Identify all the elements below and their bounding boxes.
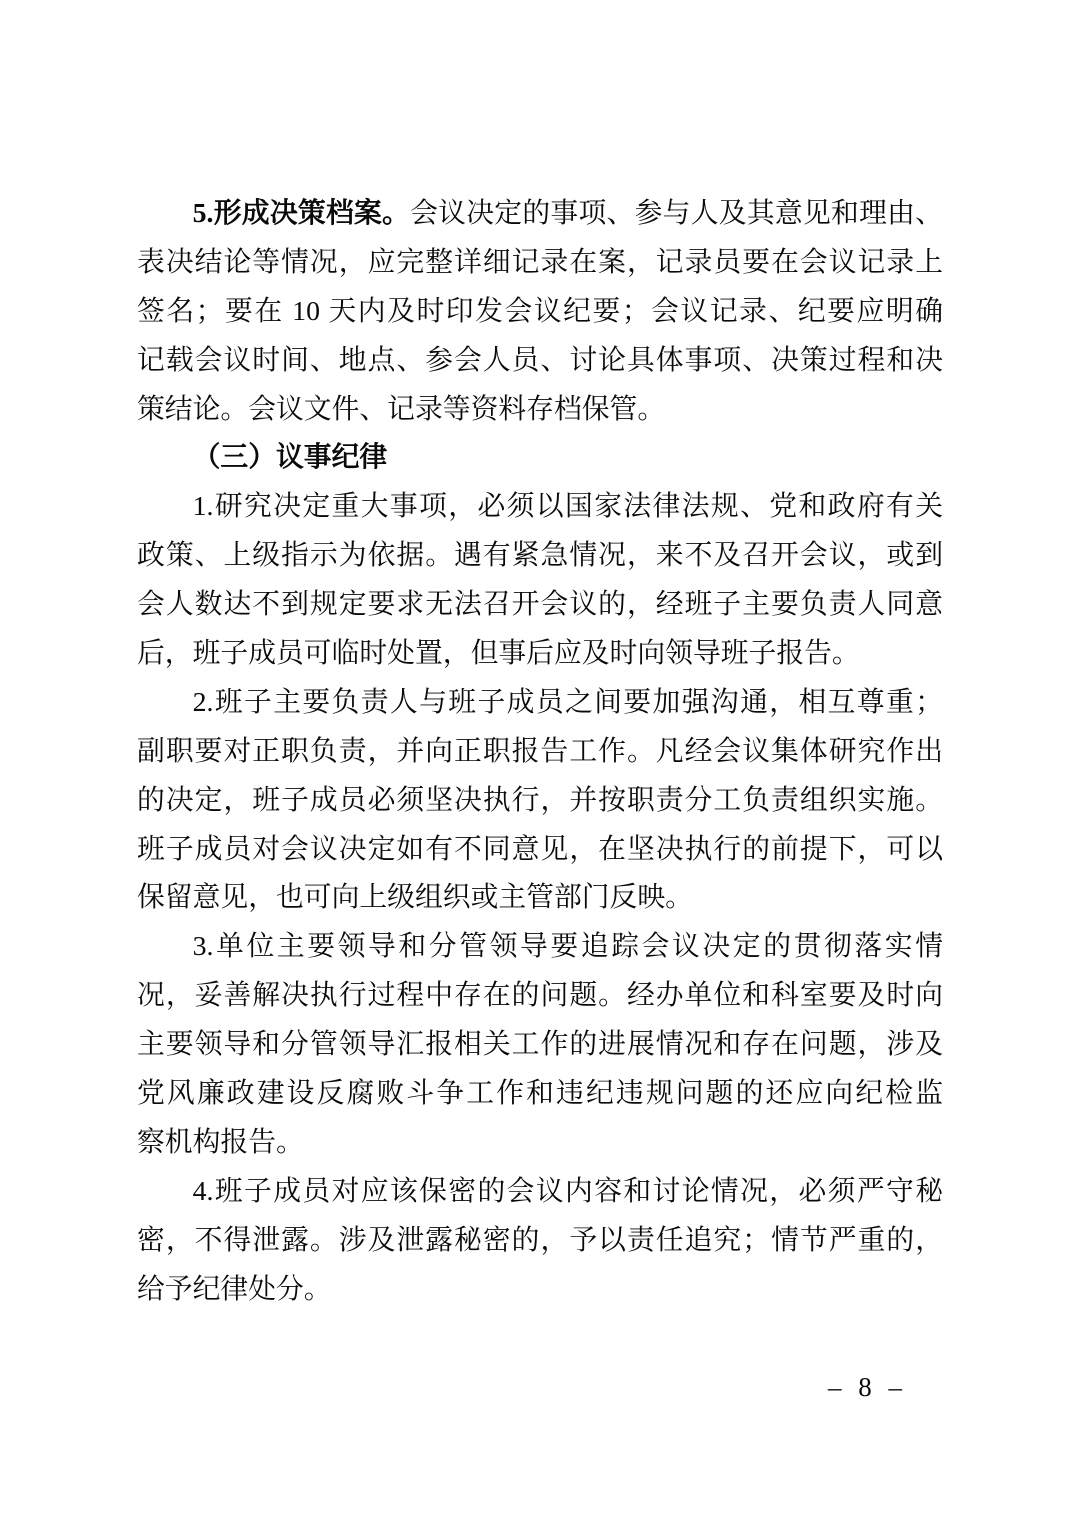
text-line: 记载会议时间、地点、参会人员、讨论具体事项、决策过程和决	[137, 337, 943, 386]
text-line: 给予纪律处分。	[137, 1266, 943, 1315]
text-line: 后，班子成员可临时处置，但事后应及时向领导班子报告。	[137, 630, 943, 679]
text-line: 签名；要在 10 天内及时印发会议纪要；会议记录、纪要应明确	[137, 288, 943, 337]
text-line: 主要领导和分管领导汇报相关工作的进展情况和存在问题，涉及	[137, 1021, 943, 1070]
text-line: 保留意见，也可向上级组织或主管部门反映。	[137, 874, 943, 923]
text-line: 政策、上级指示为依据。遇有紧急情况，来不及召开会议，或到	[137, 532, 943, 581]
text-line: 班子成员对会议决定如有不同意见，在坚决执行的前提下，可以	[137, 826, 943, 875]
page-number: – 8 –	[828, 1372, 907, 1403]
text-line: 会人数达不到规定要求无法召开会议的，经班子主要负责人同意	[137, 581, 943, 630]
bold-lead: 5.形成决策档案。	[193, 198, 411, 229]
text-line: 1.研究决定重大事项，必须以国家法律法规、党和政府有关	[137, 483, 943, 532]
paragraph: 2.班子主要负责人与班子成员之间要加强沟通，相互尊重；副职要对正职负责，并向正职…	[137, 679, 943, 923]
text-line: 3.单位主要领导和分管领导要追踪会议决定的贯彻落实情	[137, 923, 943, 972]
document-page: 5.形成决策档案。会议决定的事项、参与人及其意见和理由、表决结论等情况，应完整详…	[0, 0, 1074, 1520]
text-line: 表决结论等情况，应完整详细记录在案，记录员要在会议记录上	[137, 239, 943, 288]
paragraph: 1.研究决定重大事项，必须以国家法律法规、党和政府有关政策、上级指示为依据。遇有…	[137, 483, 943, 679]
text-line: 副职要对正职负责，并向正职报告工作。凡经会议集体研究作出	[137, 728, 943, 777]
text-line: 的决定，班子成员必须坚决执行，并按职责分工负责组织实施。	[137, 777, 943, 826]
text-line: 4.班子成员对应该保密的会议内容和讨论情况，必须严守秘	[137, 1168, 943, 1217]
text-line: 况，妥善解决执行过程中存在的问题。经办单位和科室要及时向	[137, 972, 943, 1021]
document-body: 5.形成决策档案。会议决定的事项、参与人及其意见和理由、表决结论等情况，应完整详…	[137, 190, 943, 1314]
section-heading: （三）议事纪律	[137, 434, 943, 483]
text-line: 5.形成决策档案。会议决定的事项、参与人及其意见和理由、	[137, 190, 943, 239]
paragraph: 4.班子成员对应该保密的会议内容和讨论情况，必须严守秘密，不得泄露。涉及泄露秘密…	[137, 1168, 943, 1315]
text-line: 策结论。会议文件、记录等资料存档保管。	[137, 386, 943, 435]
text-line: 2.班子主要负责人与班子成员之间要加强沟通，相互尊重；	[137, 679, 943, 728]
text-line: 密，不得泄露。涉及泄露秘密的，予以责任追究；情节严重的，	[137, 1217, 943, 1266]
text-line: 党风廉政建设反腐败斗争工作和违纪违规问题的还应向纪检监	[137, 1070, 943, 1119]
paragraph: 5.形成决策档案。会议决定的事项、参与人及其意见和理由、表决结论等情况，应完整详…	[137, 190, 943, 434]
text-line: 察机构报告。	[137, 1119, 943, 1168]
paragraph: 3.单位主要领导和分管领导要追踪会议决定的贯彻落实情况，妥善解决执行过程中存在的…	[137, 923, 943, 1167]
